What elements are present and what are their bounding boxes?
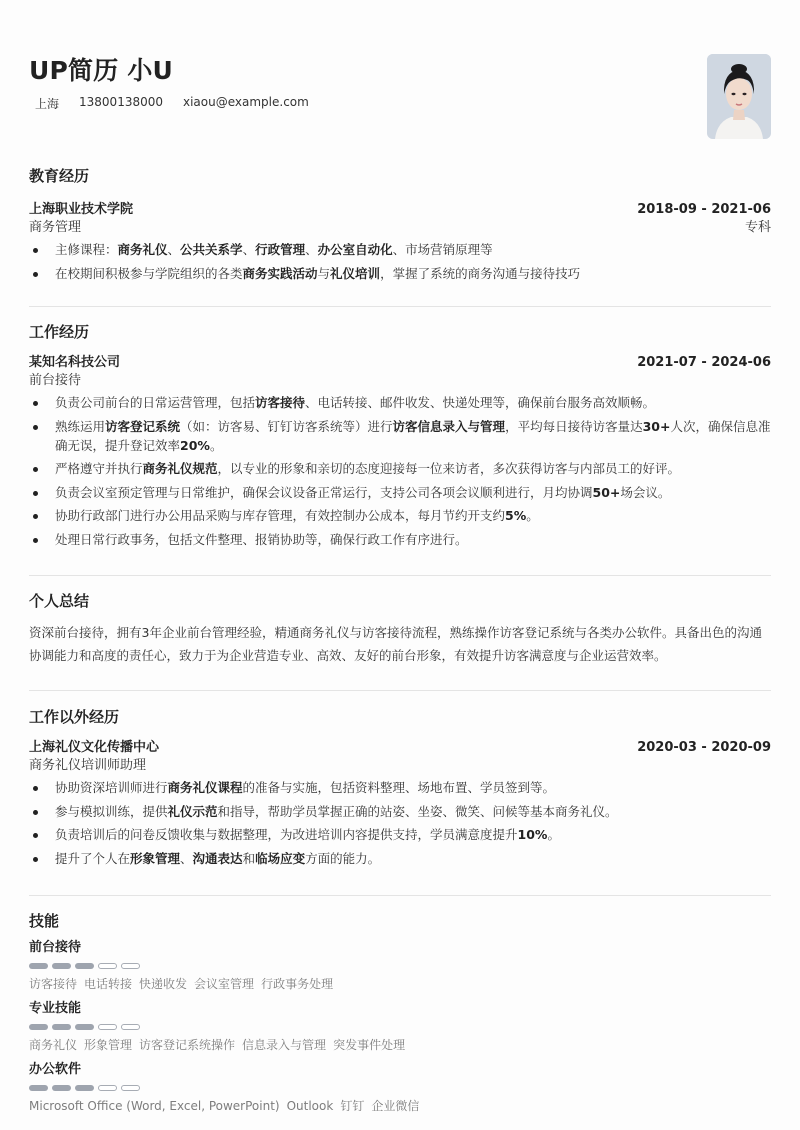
- bullet-item: 熟练运用访客登记系统（如：访客易、钉钉访客系统等）进行访客信息录入与管理，平均每…: [29, 417, 771, 455]
- skills-section: 技能 前台接待访客接待电话转接快递收发会议室管理行政事务处理专业技能商务礼仪形象…: [29, 911, 771, 1114]
- skill-level-segment: [52, 1024, 71, 1030]
- education-bullets: 主修课程：商务礼仪、公共关系学、行政管理、办公室自动化、市场营销原理等在校期间积…: [29, 240, 771, 283]
- work-bullets: 负责公司前台的日常运营管理，包括访客接待、电话转接、邮件收发、快递处理等，确保前…: [29, 393, 771, 549]
- skill-group: 前台接待访客接待电话转接快递收发会议室管理行政事务处理: [29, 939, 771, 992]
- skill-tag: 信息录入与管理: [242, 1037, 326, 1053]
- skill-name: 办公软件: [29, 1061, 771, 1079]
- skill-level-segment: [121, 963, 140, 969]
- bullet-item: 负责会议室预定管理与日常维护，确保会议设备正常运行，支持公司各项会议顺利进行，月…: [29, 483, 771, 502]
- location: 上海: [35, 95, 59, 112]
- skill-tag: Microsoft Office (Word, Excel, PowerPoin…: [29, 1098, 280, 1114]
- skill-tag: 形象管理: [84, 1037, 132, 1053]
- summary-section: 个人总结 资深前台接待，拥有3年企业前台管理经验，精通商务礼仪与访客接待流程，熟…: [29, 591, 771, 667]
- bullet-item: 负责培训后的问卷反馈收集与数据整理，为改进培训内容提供支持，学员满意度提升10%…: [29, 825, 771, 844]
- candidate-name: UP简历 小U: [29, 56, 771, 86]
- skill-level-segment: [75, 963, 94, 969]
- skill-name: 前台接待: [29, 939, 771, 957]
- work-section: 工作经历 某知名科技公司 2021-07 - 2024-06 前台接待 负责公司…: [29, 322, 771, 553]
- skill-group: 专业技能商务礼仪形象管理访客登记系统操作信息录入与管理突发事件处理: [29, 1000, 771, 1053]
- skill-level-segment: [29, 1085, 48, 1091]
- skill-tag: 访客接待: [29, 976, 77, 992]
- skill-group: 办公软件Microsoft Office (Word, Excel, Power…: [29, 1061, 771, 1114]
- section-title: 工作经历: [29, 322, 771, 342]
- bullet-item: 严格遵守并执行商务礼仪规范，以专业的形象和亲切的态度迎接每一位来访者，多次获得访…: [29, 459, 771, 478]
- degree: 专科: [745, 219, 771, 237]
- skill-tag: 会议室管理: [194, 976, 254, 992]
- skill-level-segment: [121, 1024, 140, 1030]
- phone: 13800138000: [79, 95, 163, 112]
- bullet-item: 主修课程：商务礼仪、公共关系学、行政管理、办公室自动化、市场营销原理等: [29, 240, 771, 259]
- company-name: 某知名科技公司: [29, 354, 120, 372]
- skill-tag: 行政事务处理: [261, 976, 333, 992]
- skill-level-segment: [29, 1024, 48, 1030]
- bullet-item: 负责公司前台的日常运营管理，包括访客接待、电话转接、邮件收发、快递处理等，确保前…: [29, 393, 771, 412]
- resume-header: UP简历 小U 上海 13800138000 xiaou@example.com: [29, 56, 771, 146]
- portrait-photo-icon: [707, 54, 771, 139]
- skill-tags: Microsoft Office (Word, Excel, PowerPoin…: [29, 1098, 771, 1114]
- education-period: 2018-09 - 2021-06: [637, 201, 771, 219]
- position: 前台接待: [29, 372, 81, 390]
- divider: [29, 306, 771, 307]
- skill-level-segment: [29, 963, 48, 969]
- skill-level-segment: [98, 1085, 117, 1091]
- other-bullets: 协助资深培训师进行商务礼仪课程的准备与实施，包括资料整理、场地布置、学员签到等。…: [29, 778, 771, 868]
- contact-info: 上海 13800138000 xiaou@example.com: [35, 95, 309, 112]
- skill-level-bar: [29, 1085, 771, 1091]
- education-section: 教育经历 上海职业技术学院 2018-09 - 2021-06 商务管理 专科 …: [29, 166, 771, 287]
- skill-tag: 快递收发: [139, 976, 187, 992]
- skills-list: 前台接待访客接待电话转接快递收发会议室管理行政事务处理专业技能商务礼仪形象管理访…: [29, 939, 771, 1114]
- skill-level-segment: [75, 1085, 94, 1091]
- role: 商务礼仪培训师助理: [29, 757, 146, 775]
- skill-tag: 访客登记系统操作: [139, 1037, 235, 1053]
- skill-level-segment: [98, 963, 117, 969]
- skill-level-segment: [121, 1085, 140, 1091]
- skill-level-bar: [29, 1024, 771, 1030]
- skill-level-segment: [98, 1024, 117, 1030]
- other-experience-section: 工作以外经历 上海礼仪文化传播中心 2020-03 - 2020-09 商务礼仪…: [29, 707, 771, 872]
- summary-text: 资深前台接待，拥有3年企业前台管理经验，精通商务礼仪与访客接待流程，熟练操作访客…: [29, 622, 771, 667]
- skill-tag: 电话转接: [84, 976, 132, 992]
- skill-level-segment: [75, 1024, 94, 1030]
- section-title: 工作以外经历: [29, 707, 771, 727]
- bullet-item: 在校期间积极参与学院组织的各类商务实践活动与礼仪培训，掌握了系统的商务沟通与接待…: [29, 264, 771, 283]
- work-period: 2021-07 - 2024-06: [637, 354, 771, 372]
- skill-tag: 突发事件处理: [333, 1037, 405, 1053]
- avatar: [707, 54, 771, 139]
- bullet-item: 协助资深培训师进行商务礼仪课程的准备与实施，包括资料整理、场地布置、学员签到等。: [29, 778, 771, 797]
- skill-tag: 商务礼仪: [29, 1037, 77, 1053]
- section-title: 个人总结: [29, 591, 771, 611]
- divider: [29, 895, 771, 896]
- divider: [29, 575, 771, 576]
- organization-name: 上海礼仪文化传播中心: [29, 739, 159, 757]
- skill-tag: 企业微信: [371, 1098, 419, 1114]
- skill-tags: 访客接待电话转接快递收发会议室管理行政事务处理: [29, 976, 771, 992]
- other-period: 2020-03 - 2020-09: [637, 739, 771, 757]
- email: xiaou@example.com: [183, 95, 309, 112]
- divider: [29, 690, 771, 691]
- skill-name: 专业技能: [29, 1000, 771, 1018]
- bullet-item: 参与模拟训练，提供礼仪示范和指导，帮助学员掌握正确的站姿、坐姿、微笑、问候等基本…: [29, 802, 771, 821]
- skill-level-segment: [52, 963, 71, 969]
- major: 商务管理: [29, 219, 81, 237]
- bullet-item: 处理日常行政事务，包括文件整理、报销协助等，确保行政工作有序进行。: [29, 530, 771, 549]
- resume-page: UP简历 小U 上海 13800138000 xiaou@example.com…: [0, 0, 800, 1130]
- bullet-item: 提升了个人在形象管理、沟通表达和临场应变方面的能力。: [29, 849, 771, 868]
- bullet-item: 协助行政部门进行办公用品采购与库存管理，有效控制办公成本，每月节约开支约5%。: [29, 506, 771, 525]
- section-title: 教育经历: [29, 166, 771, 186]
- section-title: 技能: [29, 911, 771, 931]
- skill-tag: Outlook: [287, 1098, 334, 1114]
- skill-level-segment: [52, 1085, 71, 1091]
- skill-tags: 商务礼仪形象管理访客登记系统操作信息录入与管理突发事件处理: [29, 1037, 771, 1053]
- skill-level-bar: [29, 963, 771, 969]
- school-name: 上海职业技术学院: [29, 201, 133, 219]
- skill-tag: 钉钉: [340, 1098, 364, 1114]
